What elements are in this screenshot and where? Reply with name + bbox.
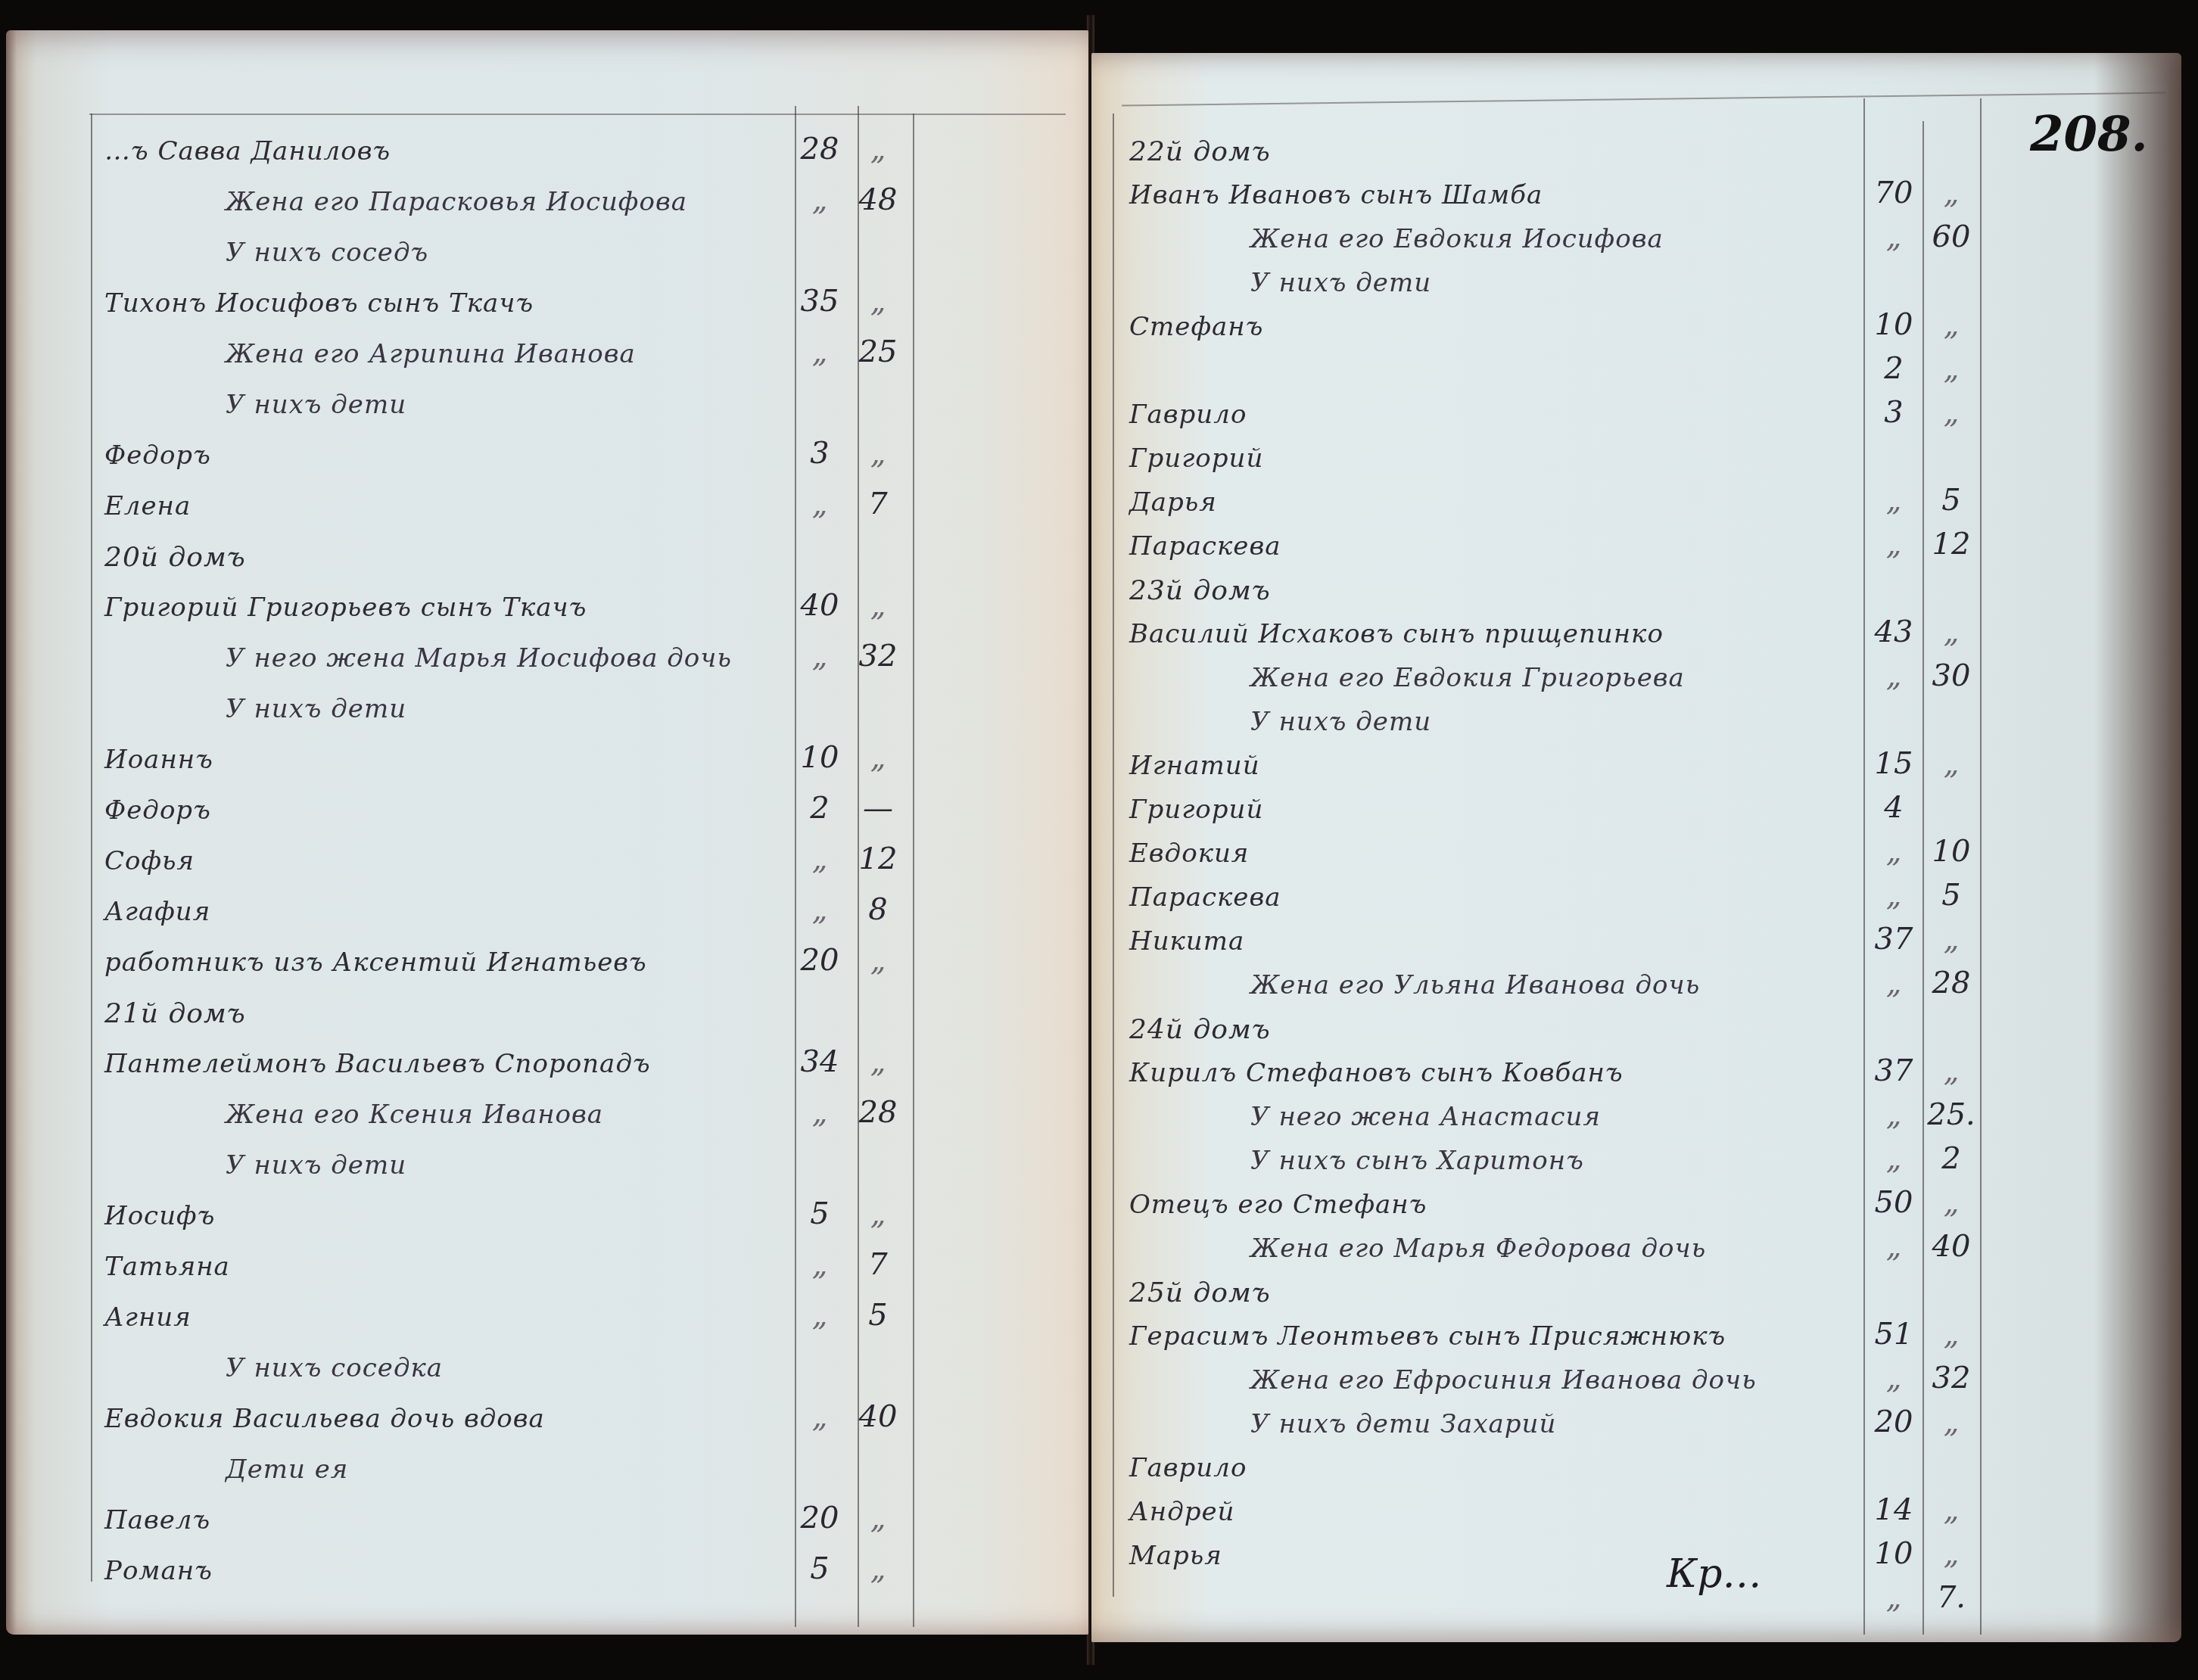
household-header: 21й домъ — [104, 998, 246, 1029]
top-rule — [89, 114, 1066, 115]
male-age: „ — [789, 1095, 850, 1130]
male-age: „ — [1863, 658, 1924, 693]
register-entry: Жена его Парасковья Иосифова — [226, 187, 687, 217]
register-entry: Жена его Ксения Иванова — [226, 1100, 603, 1130]
register-entry: Гаврило — [1129, 1453, 1247, 1483]
register-entry: Параскева — [1129, 882, 1281, 913]
male-age: „ — [789, 487, 850, 521]
male-age: 37 — [1863, 1053, 1924, 1088]
female-age: „ — [1921, 1053, 1982, 1088]
male-age: 10 — [1863, 307, 1924, 342]
female-age: „ — [1921, 1405, 1982, 1439]
male-age: 4 — [1863, 790, 1924, 825]
female-age: 32 — [1921, 1361, 1982, 1395]
female-age: 28 — [848, 1095, 908, 1130]
register-entry: Стефанъ — [1129, 312, 1263, 342]
female-age: „ — [848, 1501, 908, 1535]
male-age: 5 — [789, 1196, 850, 1231]
female-age: „ — [848, 284, 908, 319]
male-age: 14 — [1863, 1492, 1924, 1527]
register-entry: Елена — [104, 491, 191, 521]
page-number: 208. — [2030, 106, 2148, 163]
female-age: 12 — [848, 842, 908, 876]
female-age: 25 — [848, 334, 908, 369]
register-entry: У нихъ соседъ — [226, 238, 428, 268]
male-age: 20 — [789, 943, 850, 978]
female-age: „ — [1921, 307, 1982, 342]
register-entry: Федоръ — [104, 795, 211, 826]
register-entry: Пантелеймонъ Васильевъ Споропадъ — [104, 1049, 651, 1079]
female-age: „ — [1921, 614, 1982, 649]
female-age: „ — [848, 1196, 908, 1231]
register-entry: Евдокия — [1129, 838, 1249, 869]
female-age: 7. — [1921, 1580, 1982, 1615]
female-age: 10 — [1921, 834, 1982, 869]
register-entry: У нихъ дети — [1250, 707, 1431, 737]
female-age: 25. — [1921, 1097, 1982, 1132]
register-entry: Жена его Евдокия Григорьева — [1250, 663, 1685, 693]
male-age: „ — [1863, 1361, 1924, 1395]
register-entry: работникъ изъ Аксентий Игнатьевъ — [104, 947, 647, 978]
male-age: „ — [789, 334, 850, 369]
male-age: 43 — [1863, 614, 1924, 649]
register-entry: У нихъ сынъ Харитонъ — [1250, 1146, 1584, 1176]
register-entry: У нихъ дети Захарий — [1250, 1409, 1556, 1439]
register-entry: Дети ея — [226, 1454, 348, 1485]
register-entry: Софья — [104, 846, 195, 876]
female-age: „ — [848, 740, 908, 775]
register-entry: У нихъ дети — [226, 694, 406, 724]
male-age: 2 — [789, 791, 850, 826]
female-age: „ — [848, 943, 908, 978]
register-entry: Агафия — [104, 897, 210, 927]
male-age: „ — [1863, 1141, 1924, 1176]
margin-rule — [1113, 114, 1114, 1597]
male-age: „ — [1863, 219, 1924, 254]
register-entry: У нихъ дети — [1250, 268, 1431, 298]
female-age: 40 — [1921, 1229, 1982, 1264]
male-age: „ — [1863, 1580, 1924, 1615]
register-entry: У нихъ дети — [226, 390, 406, 420]
female-age: „ — [1921, 1317, 1982, 1352]
male-age: 51 — [1863, 1317, 1924, 1352]
register-entry: Андрей — [1129, 1497, 1234, 1527]
female-age: 5 — [1921, 483, 1982, 518]
female-age: 12 — [1921, 527, 1982, 562]
register-entry: Кирилъ Стефановъ сынъ Ковбанъ — [1129, 1058, 1624, 1088]
household-header: 24й домъ — [1129, 1014, 1271, 1045]
female-age: 30 — [1921, 658, 1982, 693]
household-header: 20й домъ — [104, 542, 246, 573]
female-age: 5 — [848, 1298, 908, 1333]
female-age: „ — [848, 132, 908, 166]
female-age: „ — [1921, 922, 1982, 957]
column-rule-right — [913, 114, 914, 1627]
female-age: 48 — [848, 182, 908, 217]
right-page: 208. 22й домъИванъ Ивановъ сынъ Шамба70„… — [1091, 53, 2181, 1642]
male-age: „ — [1863, 834, 1924, 869]
male-age: „ — [1863, 1229, 1924, 1264]
male-age: 10 — [789, 740, 850, 775]
male-age: „ — [789, 1298, 850, 1333]
female-age: 32 — [848, 639, 908, 674]
register-entry: Григорий — [1129, 795, 1263, 825]
register-entry: Иванъ Ивановъ сынъ Шамба — [1129, 180, 1543, 210]
male-age: 40 — [789, 588, 850, 623]
male-age: „ — [789, 1247, 850, 1282]
register-entry: Жена его Марья Федорова дочь — [1250, 1234, 1706, 1264]
register-entry: Федоръ — [104, 440, 211, 471]
register-entry: Жена его Ефросиния Иванова дочь — [1250, 1365, 1757, 1395]
male-age: „ — [1863, 878, 1924, 913]
household-header: 22й домъ — [1129, 136, 1271, 167]
register-entry: …ъ Савва Даниловъ — [104, 136, 391, 166]
male-age: 34 — [789, 1044, 850, 1079]
register-entry: У нихъ соседка — [226, 1353, 443, 1383]
register-entry: Григорий — [1129, 443, 1263, 474]
male-age: „ — [789, 639, 850, 674]
female-age: „ — [1921, 176, 1982, 210]
male-age: „ — [789, 1399, 850, 1434]
register-entry: Герасимъ Леонтьевъ сынъ Присяжнюкъ — [1129, 1321, 1726, 1352]
female-age: 60 — [1921, 219, 1982, 254]
register-entry: Марья — [1129, 1541, 1222, 1571]
register-entry: Романъ — [104, 1556, 213, 1586]
male-age: „ — [789, 892, 850, 927]
male-age: „ — [1863, 966, 1924, 1000]
male-age: 28 — [789, 132, 850, 166]
female-age: 7 — [848, 1247, 908, 1282]
female-age: 8 — [848, 892, 908, 927]
female-age: „ — [1921, 1185, 1982, 1220]
register-entry: Агния — [104, 1302, 191, 1333]
male-age: 20 — [1863, 1405, 1924, 1439]
register-entry: Дарья — [1129, 487, 1217, 518]
female-age: „ — [1921, 746, 1982, 781]
top-rule — [1122, 92, 2166, 107]
register-entry: Иосифъ — [104, 1201, 215, 1231]
male-age: „ — [1863, 1097, 1924, 1132]
female-age: — — [848, 791, 908, 826]
female-age: 7 — [848, 487, 908, 521]
register-entry: Жена его Ульяна Иванова дочь — [1250, 970, 1700, 1000]
register-entry: Василий Исхаковъ сынъ прищепинко — [1129, 619, 1664, 649]
male-age: „ — [1863, 527, 1924, 562]
register-entry: У нихъ дети — [226, 1150, 406, 1181]
male-age: 20 — [789, 1501, 850, 1535]
register-entry: У него жена Марья Иосифова дочь — [226, 643, 732, 674]
male-age: „ — [789, 842, 850, 876]
female-age: 28 — [1921, 966, 1982, 1000]
female-age: „ — [848, 1044, 908, 1079]
female-age: „ — [1921, 1492, 1982, 1527]
margin-rule — [91, 114, 92, 1582]
register-entry: Григорий Григорьевъ сынъ Ткачъ — [104, 593, 587, 623]
register-entry: Павелъ — [104, 1505, 210, 1535]
male-age: 35 — [789, 284, 850, 319]
household-header: 25й домъ — [1129, 1277, 1271, 1308]
female-age: „ — [1921, 351, 1982, 386]
male-age: 50 — [1863, 1185, 1924, 1220]
register-entry: Иоаннъ — [104, 745, 213, 775]
female-age: „ — [1921, 1536, 1982, 1571]
register-entry: Игнатий — [1129, 751, 1260, 781]
signature: Кр… — [1667, 1551, 1762, 1597]
female-age: „ — [848, 436, 908, 471]
register-entry: Евдокия Васильева дочь вдова — [104, 1404, 545, 1434]
register-entry: Гаврило — [1129, 400, 1247, 430]
male-age: 3 — [789, 436, 850, 471]
register-entry: Жена его Евдокия Иосифова — [1250, 224, 1664, 254]
male-age: 3 — [1863, 395, 1924, 430]
register-entry: Татьяна — [104, 1252, 230, 1282]
register-entry: Никита — [1129, 926, 1244, 957]
male-age: 10 — [1863, 1536, 1924, 1571]
register-entry: У него жена Анастасия — [1250, 1102, 1601, 1132]
male-age: 2 — [1863, 351, 1924, 386]
register-entry: Жена его Агрипина Иванова — [226, 339, 636, 369]
female-age: 40 — [848, 1399, 908, 1434]
female-age: „ — [1921, 395, 1982, 430]
male-age: 70 — [1863, 176, 1924, 210]
register-entry: Параскева — [1129, 531, 1281, 562]
male-age: 15 — [1863, 746, 1924, 781]
female-age: 5 — [1921, 878, 1982, 913]
female-age: 2 — [1921, 1141, 1982, 1176]
female-age: „ — [848, 588, 908, 623]
male-age: „ — [789, 182, 850, 217]
household-header: 23й домъ — [1129, 575, 1271, 606]
left-page: …ъ Савва Даниловъ28„Жена его Парасковья … — [6, 30, 1088, 1635]
male-age: 5 — [789, 1551, 850, 1586]
male-age: „ — [1863, 483, 1924, 518]
male-age: 37 — [1863, 922, 1924, 957]
book-spread: …ъ Савва Даниловъ28„Жена его Парасковья … — [0, 0, 2198, 1680]
register-entry: Тихонъ Иосифовъ сынъ Ткачъ — [104, 288, 534, 319]
female-age: „ — [848, 1551, 908, 1586]
register-entry: Отецъ его Стефанъ — [1129, 1190, 1427, 1220]
